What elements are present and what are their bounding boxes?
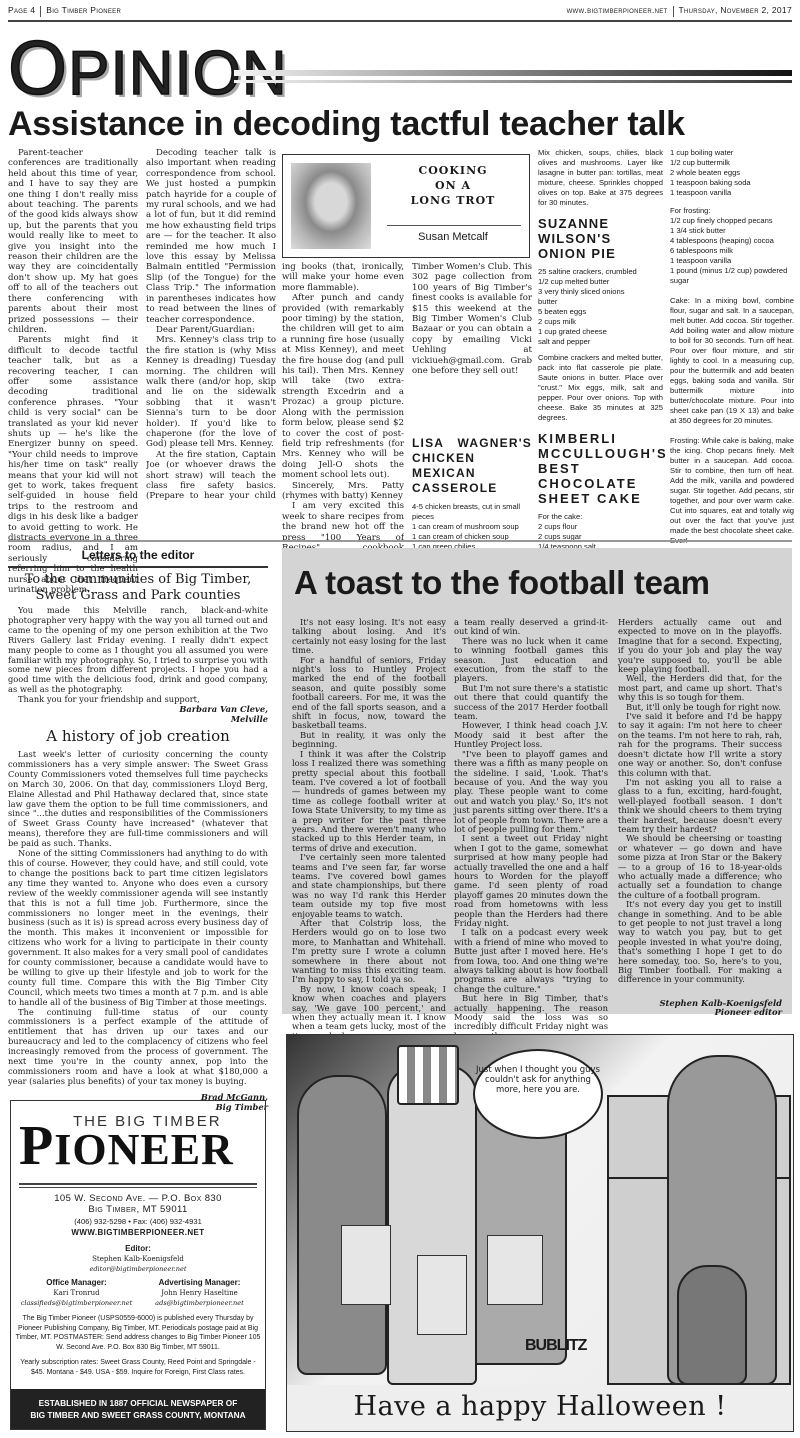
paragraph: Timber Women's Club. This 302 page colle…	[412, 262, 532, 376]
recipe-column-6: 1 cup boiling water 1/2 cup buttermilk 2…	[670, 148, 794, 552]
frosting-list: For frosting: 1/2 cup finely chopped pec…	[670, 206, 794, 286]
issue-date: Thursday, November 2, 2017	[679, 5, 792, 15]
letter-body: You made this Melville ranch, black-and-…	[8, 606, 268, 725]
cartoon-scene-icon: Just when I thought you guys couldn't as…	[287, 1035, 793, 1385]
column-author: Susan Metcalf	[383, 231, 523, 243]
editorial-column-2: a team really deserved a grind-it-out ki…	[454, 618, 608, 1041]
recipe-step: Mix chicken, soups, chilies, black olive…	[538, 148, 663, 208]
header-rule	[8, 20, 792, 22]
ingredient-list: 1 cup boiling water 1/2 cup buttermilk 2…	[670, 148, 794, 198]
candy-bag-icon	[341, 1225, 391, 1305]
letter-body: Last week's letter of curiosity concerni…	[8, 750, 268, 1113]
divider	[19, 1187, 257, 1188]
paragraph: ing books (that, ironically, will make y…	[282, 262, 404, 293]
established-banner: ESTABLISHED IN 1887 OFFICIAL NEWSPAPER O…	[11, 1389, 265, 1429]
recipe-step: Cake: In a mixing bowl, combine flour, s…	[670, 296, 794, 426]
column-title: COOKING ON A LONG TROT	[383, 163, 523, 208]
recipe-step: Frosting: While cake is baking, make the…	[670, 436, 794, 546]
publication-statement: The Big Timber Pioneer (USPS0559-6000) i…	[15, 1314, 261, 1352]
office-email-link[interactable]: classifieds@bigtimberpioneer.net	[15, 1298, 138, 1308]
feature-column-4: Timber Women's Club. This 302 page colle…	[412, 262, 532, 376]
letters-section-title: Letters to the editor	[8, 548, 268, 562]
pioneer-logo: PIONEER	[19, 1121, 234, 1175]
paragraph: Dear Parent/Guardian:	[146, 325, 276, 335]
letter-title: To the communities of Big Timber, Sweet …	[8, 572, 268, 604]
page-number: Page 4	[8, 5, 35, 15]
phone-fax: (406) 932-5298 • Fax: (406) 932-4931	[15, 1217, 261, 1227]
editorial-signature-title: Pioneer editor	[618, 1008, 782, 1017]
editorial-panel: A toast to the football team It's not ea…	[282, 548, 792, 1014]
feature-column-2: Decoding teacher talk is also important …	[146, 148, 276, 502]
editorial-cartoon: Just when I thought you guys couldn't as…	[286, 1034, 794, 1432]
artist-signature: BUBLITZ	[525, 1337, 586, 1355]
ingredient-list: 25 saltine crackers, crumbled 1/2 cup me…	[538, 267, 663, 347]
managers: Office Manager: Kari Tronrud classifieds…	[15, 1278, 261, 1308]
recipe-column-5: Mix chicken, soups, chilies, black olive…	[538, 148, 663, 572]
page-header: Page 4Big Timber Pioneer www.bigtimberpi…	[8, 4, 792, 18]
masthead-gradient-bar	[234, 70, 792, 76]
divider	[40, 6, 41, 17]
section-masthead: OPINION	[8, 34, 792, 104]
ads-email-link[interactable]: ads@bigtimberpioneer.net	[138, 1298, 261, 1308]
top-hat-icon	[397, 1045, 459, 1105]
column-sig-box: COOKING ON A LONG TROT Susan Metcalf	[282, 154, 530, 258]
divider	[387, 225, 521, 226]
letter-signature: Barbara Van Cleve,	[8, 705, 268, 715]
divider	[19, 1183, 257, 1185]
editorial-column-3: Herders actually came out and expected t…	[618, 618, 782, 1018]
header-left: Page 4Big Timber Pioneer	[8, 5, 121, 16]
uncle-sam-figure-icon	[387, 1065, 477, 1385]
recipe-title: LISA WAGNER'S CHICKEN MEXICAN CASSEROLE	[412, 436, 532, 496]
candy-bag-icon	[417, 1255, 467, 1335]
website-link[interactable]: www.bigtimberpioneer.net	[567, 5, 668, 15]
editorial-column-1: It's not easy losing. It's not easy talk…	[292, 618, 446, 1041]
paragraph: After punch and candy provided (with rem…	[282, 293, 404, 480]
subscription-rates: Yearly subscription rates: Sweet Grass C…	[15, 1358, 261, 1377]
editorial-headline: A toast to the football team	[294, 564, 710, 602]
contact-info: 105 W. Second Ave. — P.O. Box 830 Big Ti…	[15, 1193, 261, 1378]
editor-email-link[interactable]: editor@bigtimberpioneer.net	[15, 1264, 261, 1274]
letter-location: Melville	[8, 715, 268, 725]
speech-bubble: Just when I thought you guys couldn't as…	[473, 1049, 603, 1139]
masthead-gradient-bar-thin	[234, 80, 792, 83]
website-link[interactable]: WWW.BIGTIMBERPIONEER.NET	[15, 1228, 261, 1238]
feature-column-1: Parent-teacher conferences are tradition…	[8, 148, 138, 595]
section-divider	[8, 540, 792, 542]
author-portrait-icon	[291, 163, 371, 249]
recipe-step: Combine crackers and melted butter, pack…	[538, 353, 663, 423]
divider	[8, 566, 268, 568]
dog-figure-icon	[677, 1265, 747, 1385]
paragraph: At the fire station, Captain Joe (or who…	[146, 450, 276, 502]
publication-name: Big Timber Pioneer	[46, 5, 121, 15]
recipe-title: KIMBERLI MCCULLOUGH'S BEST CHOCOLATE SHE…	[538, 431, 663, 506]
candy-bag-icon	[487, 1235, 543, 1305]
paragraph: Sincerely, Mrs. Patty (rhymes with batty…	[282, 481, 404, 502]
divider	[673, 6, 674, 17]
letter-title: A history of job creation	[8, 728, 268, 744]
paragraph: Decoding teacher talk is also important …	[146, 148, 276, 325]
cartoon-caption: Have a happy Halloween !	[287, 1387, 793, 1427]
recipe-title: SUZANNE WILSON'S ONION PIE	[538, 216, 663, 261]
paragraph: Mrs. Kenney's class trip to the fire sta…	[146, 335, 276, 449]
header-right: www.bigtimberpioneer.netThursday, Novemb…	[567, 5, 792, 16]
paragraph: I am very excited this week to share rec…	[282, 501, 404, 553]
paragraph: Parent-teacher conferences are tradition…	[8, 148, 138, 335]
feature-headline: Assistance in decoding tactful teacher t…	[8, 104, 800, 144]
publication-info-box: THE BIG TIMBER PIONEER 105 W. Second Ave…	[10, 1100, 266, 1430]
feature-column-3: ing books (that, ironically, will make y…	[282, 262, 404, 553]
